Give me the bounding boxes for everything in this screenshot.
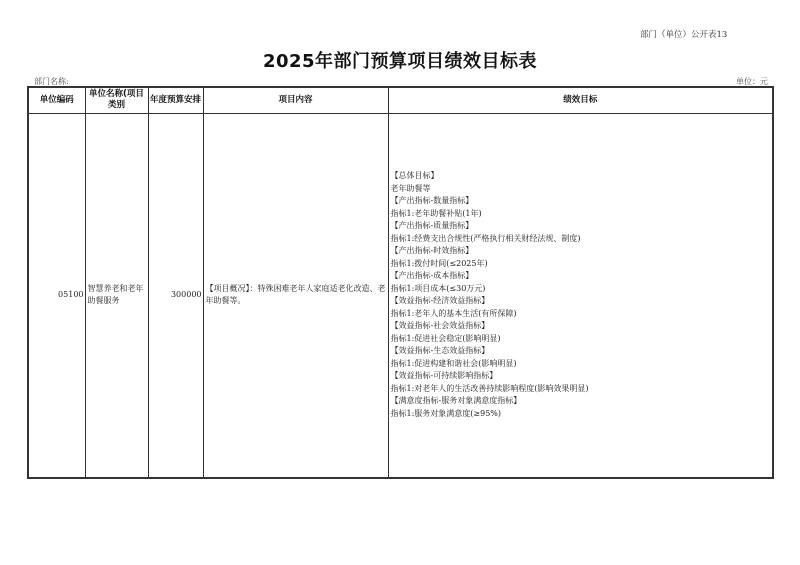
form-code-label: 部门（单位）公开表13	[640, 28, 727, 40]
goal-line: 指标1:经费支出合规性(严格执行相关财经法规、制度)	[391, 233, 773, 246]
goal-line: 【总体目标】	[391, 170, 773, 183]
column-header-project-content: 项目内容	[203, 87, 388, 113]
goal-line: 指标1:对老年人的生活改善持续影响程度(影响效果明显)	[391, 383, 773, 396]
goal-line: 【产出指标-数量指标】	[391, 195, 773, 208]
goal-line: 指标1:项目成本(≤30万元)	[391, 283, 773, 296]
goal-line: 指标1:促进社会稳定(影响明显)	[391, 333, 773, 346]
goal-line: 【产出指标-质量指标】	[391, 220, 773, 233]
goal-line: 指标1:老年助餐补贴(1年)	[391, 208, 773, 221]
performance-goals-table: 单位编码 单位名称(项目类别 年度预算安排 项目内容 绩效目标 05100 智慧…	[27, 86, 774, 479]
page-title: 2025年部门预算项目绩效目标表	[0, 47, 800, 73]
goal-line: 【满意度指标-服务对象满意度指标】	[391, 395, 773, 408]
goal-line: 指标1:拨付时间(≤2025年)	[391, 258, 773, 271]
cell-annual-budget: 300000	[148, 113, 203, 478]
goal-line: 指标1:促进构建和谐社会(影响明显)	[391, 358, 773, 371]
cell-performance-goals: 【总体目标】 老年助餐等 【产出指标-数量指标】 指标1:老年助餐补贴(1年) …	[388, 113, 773, 478]
cell-unit-name: 智慧养老和老年助餐服务	[85, 113, 148, 478]
goal-line: 指标1:服务对象满意度(≥95%)	[391, 408, 773, 421]
goal-line: 【效益指标-生态效益指标】	[391, 345, 773, 358]
cell-unit-code: 05100	[28, 113, 85, 478]
goal-line: 【产出指标-成本指标】	[391, 270, 773, 283]
goal-line: 【效益指标-经济效益指标】	[391, 295, 773, 308]
column-header-unit-code: 单位编码	[28, 87, 85, 113]
goal-line: 【产出指标-时效指标】	[391, 245, 773, 258]
column-header-performance-goals: 绩效目标	[388, 87, 773, 113]
column-header-annual-budget: 年度预算安排	[148, 87, 203, 113]
column-header-unit-name: 单位名称(项目类别	[85, 87, 148, 113]
goal-line: 【效益指标-社会效益指标】	[391, 320, 773, 333]
table-header-row: 单位编码 单位名称(项目类别 年度预算安排 项目内容 绩效目标	[28, 87, 773, 113]
goal-line: 指标1:老年人的基本生活(有所保障)	[391, 308, 773, 321]
goal-line: 老年助餐等	[391, 183, 773, 196]
cell-project-content: 【项目概况】：特殊困难老年人家庭适老化改造、老年助餐等。	[203, 113, 388, 478]
goal-line: 【效益指标-可持续影响指标】	[391, 370, 773, 383]
table-row: 05100 智慧养老和老年助餐服务 300000 【项目概况】：特殊困难老年人家…	[28, 113, 773, 478]
